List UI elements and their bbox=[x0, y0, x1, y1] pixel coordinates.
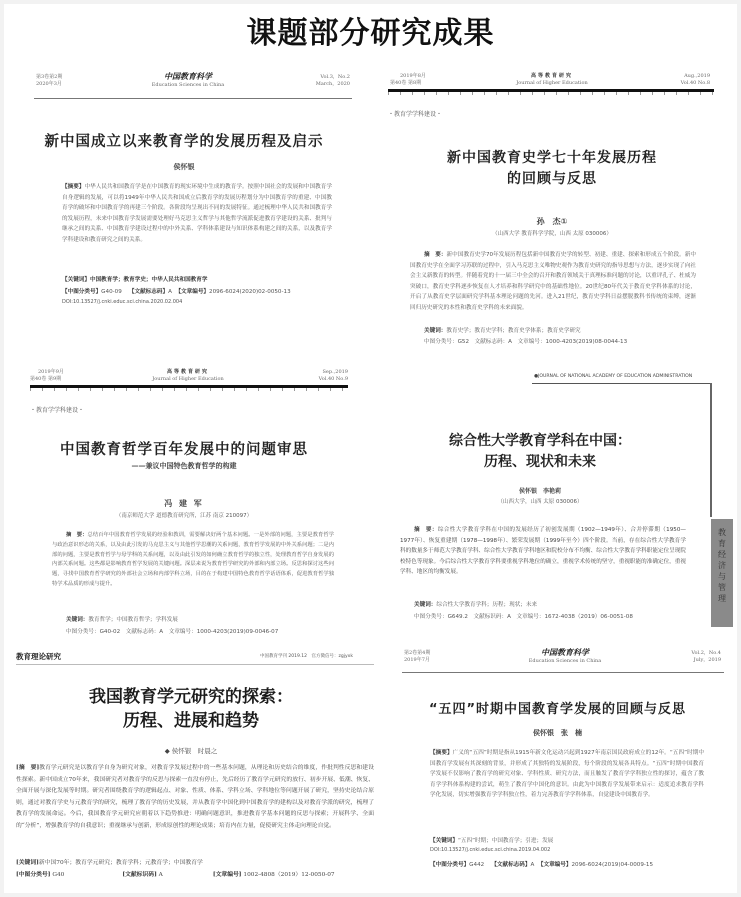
keywords: 教育史学；教育史学科；教育史学体系；教育史学研究 bbox=[446, 328, 580, 334]
article-clipping-3: 2019年9月 第40卷 第9期 高等教育研究 Journal of Highe… bbox=[8, 365, 360, 650]
article-authors: 侯怀银 bbox=[8, 162, 360, 172]
section-tag: ・教育学学科建设・ bbox=[388, 109, 442, 118]
abstract-text: 中华人民共和国教育学是在中国教育的现实环境中生成的教育学。按照中国社会的发展和中… bbox=[62, 184, 332, 243]
abstract-label: 摘 要： bbox=[424, 252, 447, 258]
doi-line: DOI:10.13527/j.cnki.educ.sci.china.2020.… bbox=[62, 299, 182, 305]
header-rule bbox=[402, 672, 724, 673]
issue-date: 2019年8月 bbox=[390, 73, 426, 80]
abstract-label: 摘 要： bbox=[414, 527, 438, 533]
article-clipping-4: ●JOURNAL OF NATIONAL ACADEMY OF EDUCATIO… bbox=[372, 362, 737, 630]
article-abstract: 摘 要：综合性大学教育学科在中国的发展经历了初创发展期（1902—1949年）、… bbox=[400, 525, 686, 600]
abstract-label: [摘 要] bbox=[16, 765, 39, 771]
banner-rule bbox=[532, 383, 712, 384]
keywords-line: [关键词]新中国70年；教育学元研究；教育学科；元教育学；中国教育学 bbox=[16, 857, 203, 866]
journal-name-en: Education Sciences in China bbox=[500, 658, 630, 665]
article-authors: 冯 建 军 bbox=[8, 498, 360, 509]
issue-date: 2019年9月 bbox=[30, 369, 64, 376]
volume-en: Vol.2，No.4 bbox=[691, 650, 721, 657]
page-title: 课题部分研究成果 bbox=[0, 8, 741, 52]
keywords-line: 关键词：综合性大学教育学科；历程；现状；未来 bbox=[414, 600, 537, 608]
abstract-label: 【摘要】 bbox=[62, 184, 85, 190]
issue-volume: 第2卷第4期 bbox=[404, 650, 430, 657]
journal-name-cn: 高等教育研究 bbox=[482, 73, 622, 80]
frame-vertical-line bbox=[710, 383, 712, 517]
classification-line: [中图分类号] G40[文献标识码] A[文章编号] 1002-4808（201… bbox=[16, 869, 335, 878]
article-clipping-2: 2019年8月 第40卷 第8期 高等教育研究 Journal of Highe… bbox=[372, 60, 732, 350]
section-tag: ・教育学学科建设・ bbox=[30, 405, 84, 414]
journal-name-en: Journal of Higher Education bbox=[482, 80, 622, 87]
issue-date: 2019年7月 bbox=[404, 657, 430, 664]
date-en: Aug.,2019 bbox=[681, 73, 710, 80]
article-authors: 侯怀银 张 楠 bbox=[380, 728, 735, 738]
classification-line: 【中图分类号】G40-09 【文献标志码】A 【文章编号】2096-6024(2… bbox=[62, 287, 291, 295]
abstract-text: 广义的“五四”时期是指从1915年新文化运动兴起到1927年南京国民政府成立的1… bbox=[430, 750, 704, 798]
issue-volume: 第40卷 第8期 bbox=[390, 80, 426, 87]
journal-issue-info: 中国教育学刊 2019.12 官方微信号：zgjyxk bbox=[260, 653, 353, 659]
article-clipping-5: 教育理论研究 中国教育学刊 2019.12 官方微信号：zgjyxk 我国教育学… bbox=[8, 645, 374, 885]
article-affiliation: （山西大学 教育科学学院，山西 太原 030006） bbox=[372, 229, 732, 237]
keywords-line: 【关键词】“五四”时期；中国教育学；引进；发展 bbox=[430, 836, 553, 844]
article-clipping-1: 第3卷第2期 2020年3月 中国教育科学 Education Sciences… bbox=[8, 60, 360, 330]
journal-name-cn: 高等教育研究 bbox=[118, 369, 258, 376]
keywords-line: 关键词：教育史学；教育史学科；教育史学体系；教育史学研究 bbox=[424, 326, 581, 334]
article-authors: 侯怀银 李艳莉 bbox=[372, 486, 708, 495]
keywords: 新中国70年；教育学元研究；教育学科；元教育学；中国教育学 bbox=[39, 860, 203, 866]
article-title: 中国教育哲学百年发展中的问题审思 bbox=[8, 438, 360, 459]
keywords: 中国教育学；教育学史；中华人民共和国教育学 bbox=[90, 277, 207, 283]
issue-volume: 第3卷第2期 bbox=[36, 74, 62, 81]
keywords: 综合性大学教育学科；历程；现状；未来 bbox=[436, 602, 537, 608]
abstract-text: 综合性大学教育学科在中国的发展经历了初创发展期（1902—1949年）、合并停滞… bbox=[400, 527, 686, 575]
header-rule bbox=[16, 664, 374, 665]
volume-en: Vol.3，No.2 bbox=[316, 74, 350, 81]
abstract-label: 摘 要： bbox=[66, 532, 87, 538]
journal-side-tab: 教 育 经 济 与 管 理 bbox=[711, 519, 733, 627]
abstract-text: 新中国教育史学70年发展历程包括新中国教育史学的转型、初建、重建、探索和形成五个… bbox=[410, 252, 696, 311]
date-en: Sep.,2019 bbox=[319, 369, 348, 376]
doi-line: DOI:10.13527/j.cnki.educ.sci.china.2019.… bbox=[430, 847, 550, 853]
abstract-label: 【摘要】 bbox=[430, 750, 453, 756]
article-title: 新中国教育史学七十年发展历程 的回顾与反思 bbox=[372, 148, 732, 190]
article-abstract: 摘 要：新中国教育史学70年发展历程包括新中国教育史学的转型、初建、重建、探索和… bbox=[410, 250, 696, 323]
abstract-text: 总结百年中国教育哲学发展的经验和教训，需要解决好两个基本问题。一是外部的问题，主… bbox=[52, 532, 334, 587]
article-abstract: 摘 要：总结百年中国教育哲学发展的经验和教训，需要解决好两个基本问题。一是外部的… bbox=[52, 531, 334, 615]
journal-name-cn: 中国教育科学 bbox=[118, 71, 258, 82]
issue-volume: 第40卷 第9期 bbox=[30, 376, 64, 383]
journal-name-en: Journal of Higher Education bbox=[118, 376, 258, 383]
article-title: 综合性大学教育学科在中国： 历程、现状和未来 bbox=[372, 431, 708, 473]
header-rule-ticks bbox=[388, 92, 714, 95]
keywords-line: 关键词：教育哲学；中国教育哲学；学科发展 bbox=[66, 615, 178, 623]
article-subtitle: ——兼议中国特色教育哲学的构建 bbox=[8, 461, 360, 471]
article-title: 新中国成立以来教育学的发展历程及启示 bbox=[8, 130, 360, 151]
volume-en: Vol.40 No.8 bbox=[681, 80, 710, 87]
classification-line: 中图分类号：G649.2 文献标识码：A 文章编号：1672-4038（2019… bbox=[414, 612, 633, 620]
abstract-text: 教育学元研究是以教育学自身为研究对象，对教育学发展过程中的一些基本问题，从理论和… bbox=[16, 765, 374, 829]
article-abstract: 【摘要】广义的“五四”时期是指从1915年新文化运动兴起到1927年南京国民政府… bbox=[430, 748, 704, 830]
article-authors: 孙 杰① bbox=[372, 216, 732, 227]
classification-line: 中图分类号：G52 文献标志码：A 文章编号：1000-4203(2019)08… bbox=[424, 337, 627, 345]
date-en: July，2019 bbox=[691, 657, 721, 664]
article-affiliation: （山西大学，山西 太原 030006） bbox=[372, 497, 708, 505]
header-rule bbox=[34, 98, 352, 99]
column-name: 教育理论研究 bbox=[16, 651, 61, 662]
keywords: 教育哲学；中国教育哲学；学科发展 bbox=[88, 617, 178, 623]
keywords-line: 【关键词】中国教育学；教育学史；中华人民共和国教育学 bbox=[62, 275, 207, 283]
article-abstract: [摘 要]教育学元研究是以教育学自身为研究对象，对教育学发展过程中的一些基本问题… bbox=[16, 763, 374, 857]
date-en: March，2020 bbox=[316, 81, 350, 88]
keywords: “五四”时期；中国教育学；引进；发展 bbox=[458, 838, 553, 844]
header-rule-ticks bbox=[30, 388, 348, 391]
issue-date: 2020年3月 bbox=[36, 81, 62, 88]
journal-name-en: Education Sciences in China bbox=[118, 82, 258, 89]
article-title: “五四”时期中国教育学发展的回顾与反思 bbox=[380, 698, 735, 717]
classification-line: 中图分类号：G40-02 文献标志码：A 文章编号：1000-4203(2019… bbox=[66, 627, 278, 635]
journal-banner: ●JOURNAL OF NATIONAL ACADEMY OF EDUCATIO… bbox=[534, 373, 692, 380]
journal-name-cn: 中国教育科学 bbox=[500, 647, 630, 658]
article-title: 我国教育学元研究的探索： 历程、进展和趋势 bbox=[8, 685, 374, 733]
article-authors: ◆ 侯怀银 时晨之 bbox=[8, 746, 374, 755]
article-affiliation: （南京师范大学 道德教育研究所，江苏 南京 210097） bbox=[8, 511, 360, 519]
volume-en: Vol.40 No.9 bbox=[319, 376, 348, 383]
article-clipping-6: 第2卷第4期 2019年7月 中国教育科学 Education Sciences… bbox=[380, 640, 735, 885]
classification-line: 【中图分类号】G442 【文献标志码】A 【文章编号】2096-6024(201… bbox=[430, 860, 653, 868]
